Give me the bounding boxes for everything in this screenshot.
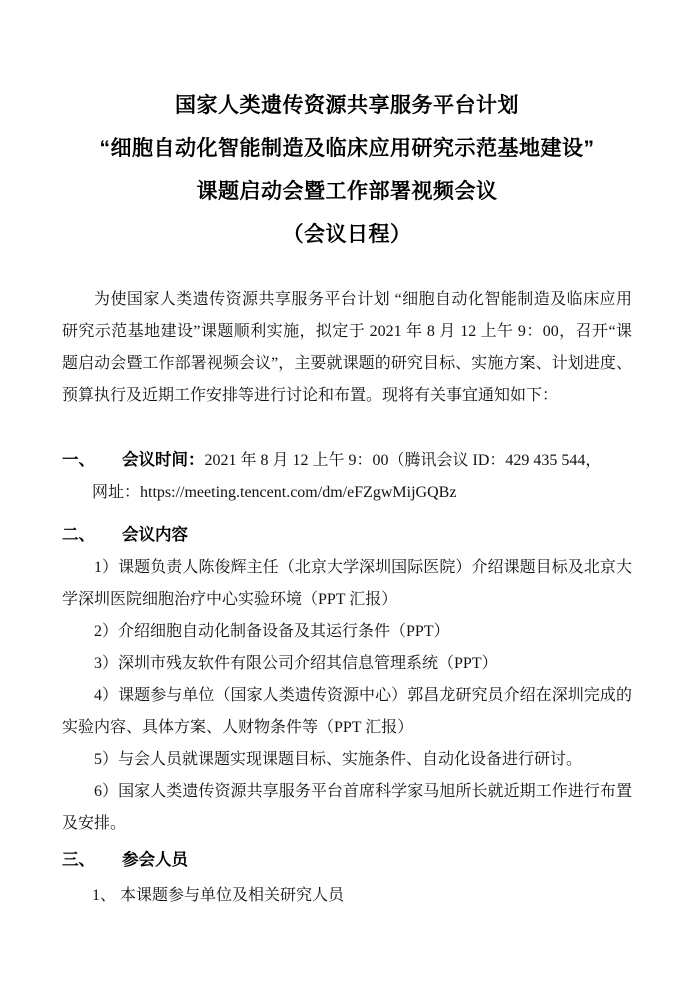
intro-paragraph: 为使国家人类遗传资源共享服务平台计划 “细胞自动化智能制造及临床应用研究示范基地… [62,284,632,412]
title-line-4: （会议日程） [62,213,632,256]
meeting-time-text: 2021 年 8 月 12 上午 9：00（腾讯会议 ID：429 435 54… [205,452,602,469]
section-attendees: 三、参会人员 [62,844,632,877]
agenda-item-4: 4）课题参与单位（国家人类遗传资源中心）郭昌龙研究员介绍在深圳完成的实验内容、具… [62,680,632,744]
agenda-item-3: 3）深圳市残友软件有限公司介绍其信息管理系统（PPT） [62,648,632,680]
agenda-item-6: 6）国家人类遗传资源共享服务平台首席科学家马旭所长就近期工作进行布置及安排。 [62,776,632,840]
section-3-label: 参会人员 [122,851,188,869]
agenda-item-5: 5）与会人员就课题实现课题目标、实施条件、自动化设备进行研讨。 [62,744,632,776]
title-line-3-prefix: 课题 [197,179,240,203]
title-line-3-rest: 启动会暨工作部署视频会议 [240,180,498,203]
meeting-url-line: 网址：https://meeting.tencent.com/dm/eFZgwM… [92,477,632,509]
section-2-label: 会议内容 [122,526,188,544]
section-meeting-content: 二、会议内容 [62,519,632,552]
attendee-item-1: 1、 本课题参与单位及相关研究人员 [92,880,632,912]
title-line-1: 国家人类遗传资源共享服务平台计划 [62,84,632,127]
section-2-number: 二、 [62,519,122,551]
section-1-number: 一、 [62,444,122,476]
title-line-3: 课题启动会暨工作部署视频会议 [62,170,632,213]
document-page: 国家人类遗传资源共享服务平台计划 “细胞自动化智能制造及临床应用研究示范基地建设… [0,0,695,1000]
agenda-item-1: 1）课题负责人陈俊辉主任（北京大学深圳国际医院）介绍课题目标及北京大学深圳医院细… [62,552,632,616]
section-1-label: 会议时间： [122,451,205,469]
agenda-item-list: 1）课题负责人陈俊辉主任（北京大学深圳国际医院）介绍课题目标及北京大学深圳医院细… [62,552,632,840]
url-label: 网址： [92,484,140,501]
section-3-number: 三、 [62,844,122,876]
meeting-url-link[interactable]: https://meeting.tencent.com/dm/eFZgwMijG… [140,484,456,501]
section-meeting-time: 一、会议时间：2021 年 8 月 12 上午 9：00（腾讯会议 ID：429… [62,444,632,477]
title-line-2: “细胞自动化智能制造及临床应用研究示范基地建设” [62,127,632,170]
agenda-item-2: 2）介绍细胞自动化制备设备及其运行条件（PPT） [62,616,632,648]
document-title-block: 国家人类遗传资源共享服务平台计划 “细胞自动化智能制造及临床应用研究示范基地建设… [62,84,632,256]
